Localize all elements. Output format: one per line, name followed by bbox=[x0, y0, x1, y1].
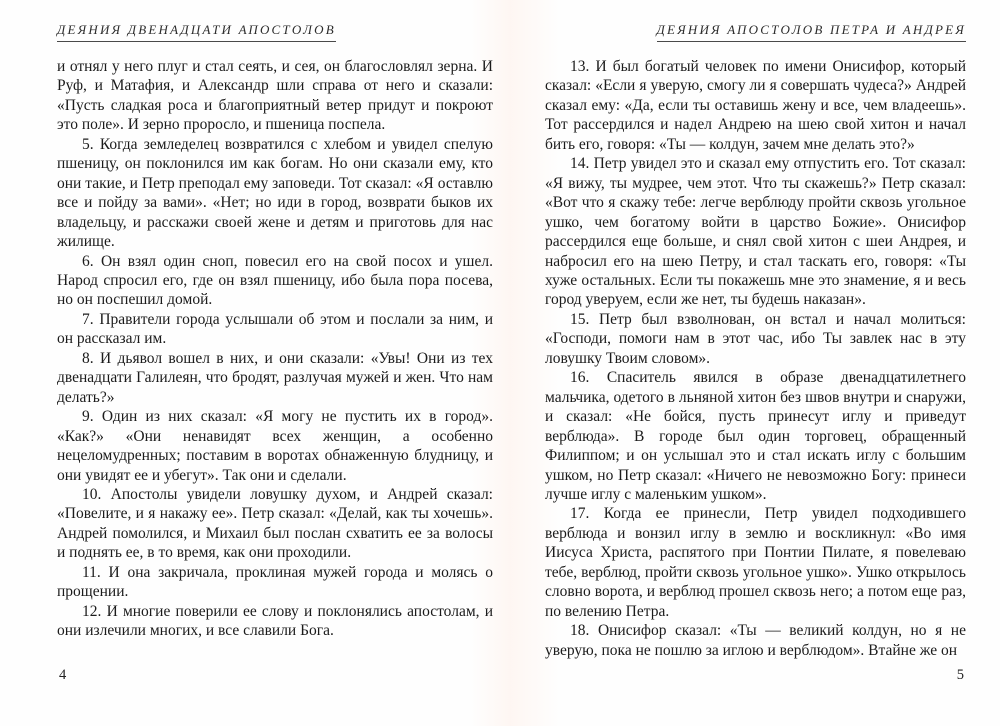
paragraph-continuation: и отнял у него плуг и стал сеять, и сея,… bbox=[57, 57, 493, 135]
right-page-body: 13. И был богатый человек по имени Ониси… bbox=[545, 57, 966, 660]
paragraph-10: 10. Апостолы увидели ловушку духом, и Ан… bbox=[57, 485, 493, 563]
paragraph-6: 6. Он взял один сноп, повесил его на сво… bbox=[57, 252, 493, 310]
left-running-header-text: ДЕЯНИЯ ДВЕНАДЦАТИ АПОСТОЛОВ bbox=[57, 22, 336, 42]
right-page-number: 5 bbox=[957, 667, 964, 684]
paragraph-15: 15. Петр был взволнован, он встал и нача… bbox=[545, 310, 966, 368]
paragraph-8: 8. И дьявол вошел в них, и они сказали: … bbox=[57, 349, 493, 407]
paragraph-17: 17. Когда ее принесли, Петр увидел подхо… bbox=[545, 504, 966, 621]
paragraph-18: 18. Онисифор сказал: «Ты — великий колду… bbox=[545, 621, 966, 660]
book-spread-photo: { "left_page": { "header": "ДЕЯНИЯ ДВЕНА… bbox=[0, 0, 1000, 726]
paragraph-11: 11. И она закричала, проклиная мужей гор… bbox=[57, 563, 493, 602]
left-page: ДЕЯНИЯ ДВЕНАДЦАТИ АПОСТОЛОВ и отнял у не… bbox=[57, 22, 493, 712]
paragraph-5: 5. Когда земледелец возвратился с хлебом… bbox=[57, 135, 493, 252]
paragraph-16: 16. Спаситель явился в образе двенадцати… bbox=[545, 368, 966, 504]
paragraph-7: 7. Правители города услышали об этом и п… bbox=[57, 310, 493, 349]
paragraph-9: 9. Один из них сказал: «Я могу не пустит… bbox=[57, 407, 493, 485]
left-running-header: ДЕЯНИЯ ДВЕНАДЦАТИ АПОСТОЛОВ bbox=[57, 22, 493, 42]
right-running-header: ДЕЯНИЯ АПОСТОЛОВ ПЕТРА И АНДРЕЯ bbox=[545, 22, 966, 42]
right-page: ДЕЯНИЯ АПОСТОЛОВ ПЕТРА И АНДРЕЯ 13. И бы… bbox=[545, 22, 966, 712]
left-page-body: и отнял у него плуг и стал сеять, и сея,… bbox=[57, 57, 493, 641]
paragraph-12: 12. И многие поверили ее слову и поклоня… bbox=[57, 602, 493, 641]
left-page-number: 4 bbox=[59, 667, 66, 684]
right-running-header-text: ДЕЯНИЯ АПОСТОЛОВ ПЕТРА И АНДРЕЯ bbox=[657, 22, 966, 42]
paragraph-14: 14. Петр увидел это и сказал ему отпусти… bbox=[545, 154, 966, 310]
paragraph-13: 13. И был богатый человек по имени Ониси… bbox=[545, 57, 966, 154]
